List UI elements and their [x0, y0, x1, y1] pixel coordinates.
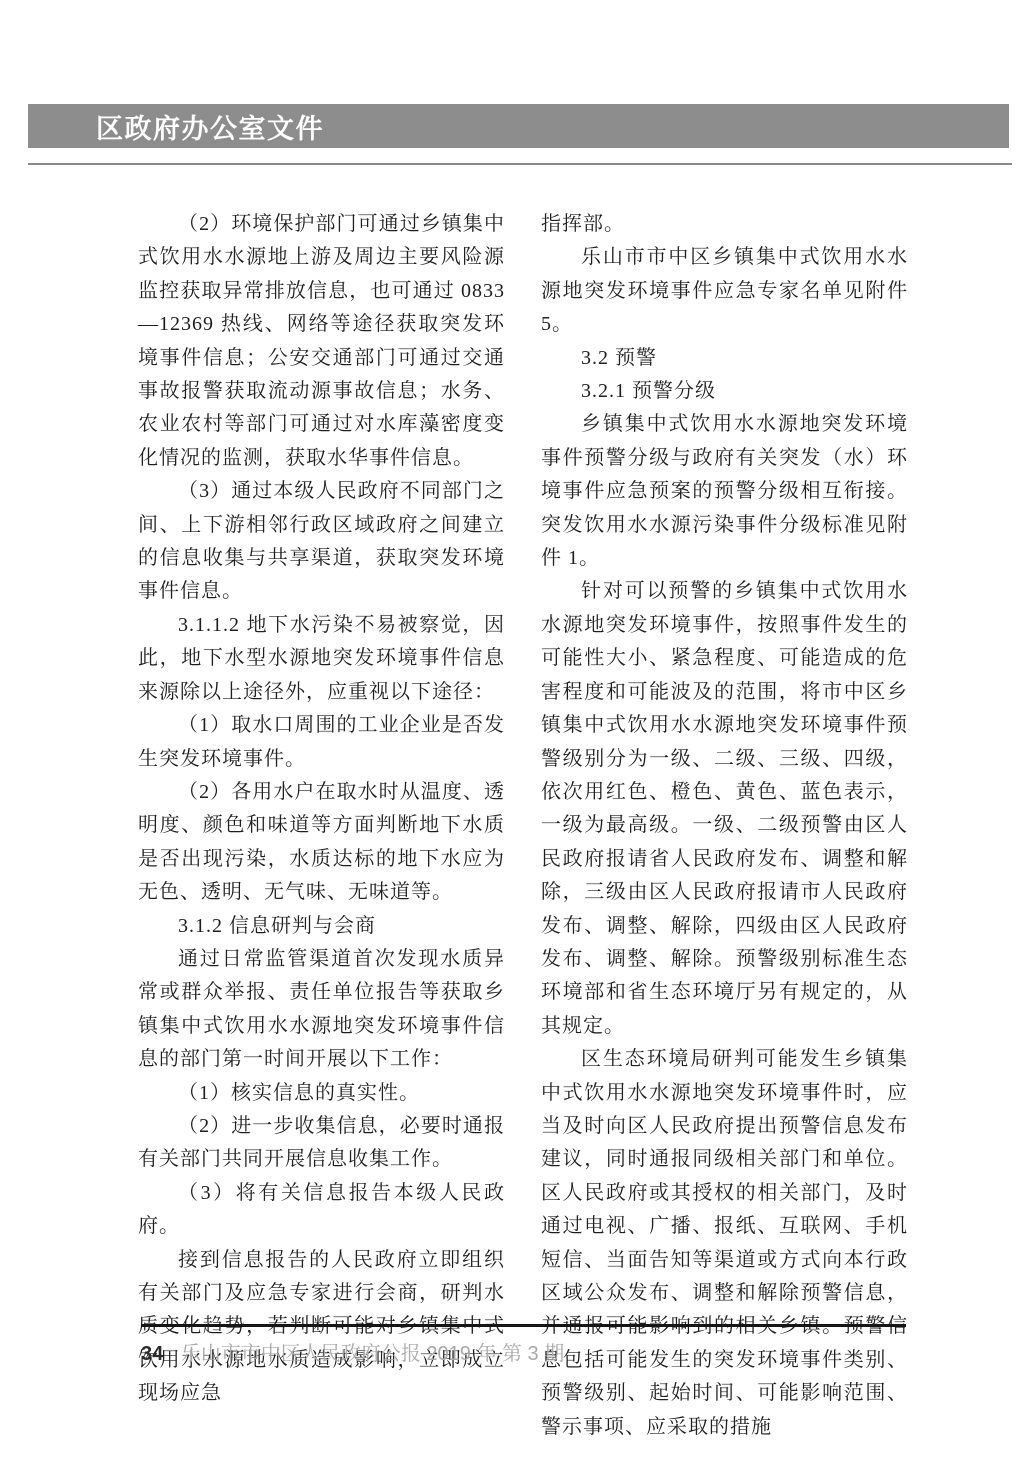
journal-line: 乐山市市中区人民政府公报 2019 年 第 3 期 — [181, 1343, 564, 1365]
paragraph: 3.1.2 信息研判与会商 — [138, 910, 505, 943]
paragraph: 指挥部。 — [541, 208, 908, 241]
left-column: （2）环境保护部门可通过乡镇集中式饮用水水源地上游及周边主要风险源监控获取异常排… — [138, 208, 505, 1411]
paragraph: 乡镇集中式饮用水水源地突发环境事件预警分级与政府有关突发（水）环境事件应急预案的… — [541, 408, 908, 575]
page-footer: 34 乐山市市中区人民政府公报 2019 年 第 3 期 — [141, 1337, 906, 1366]
banner-title: 区政府办公室文件 — [96, 107, 324, 146]
paragraph: （2）各用水户在取水时从温度、透明度、颜色和味道等方面判断地下水质是否出现污染，… — [138, 776, 505, 910]
paragraph: （1）核实信息的真实性。 — [138, 1077, 505, 1110]
footer-divider — [141, 1324, 906, 1327]
paragraph: 针对可以预警的乡镇集中式饮用水水源地突发环境事件，按照事件发生的可能性大小、紧急… — [541, 575, 908, 1043]
paragraph: （2）进一步收集信息，必要时通报有关部门共同开展信息收集工作。 — [138, 1110, 505, 1177]
paragraph: 乐山市市中区乡镇集中式饮用水水源地突发环境事件应急专家名单见附件 5。 — [541, 241, 908, 341]
section-banner: 区政府办公室文件 — [28, 104, 1009, 148]
header-divider — [28, 163, 1012, 165]
paragraph: （3）将有关信息报告本级人民政府。 — [138, 1177, 505, 1244]
paragraph: （1）取水口周围的工业企业是否发生突发环境事件。 — [138, 709, 505, 776]
paragraph: 通过日常监管渠道首次发现水质异常或群众举报、责任单位报告等获取乡镇集中式饮用水水… — [138, 943, 505, 1077]
paragraph: 3.2 预警 — [541, 342, 908, 375]
gazette-page: 区政府办公室文件 （2）环境保护部门可通过乡镇集中式饮用水水源地上游及周边主要风… — [0, 0, 1035, 1465]
paragraph: 3.2.1 预警分级 — [541, 375, 908, 408]
right-column: 指挥部。乐山市市中区乡镇集中式饮用水水源地突发环境事件应急专家名单见附件 5。3… — [541, 208, 908, 1444]
paragraph: 区生态环境局研判可能发生乡镇集中式饮用水水源地突发环境事件时，应当及时向区人民政… — [541, 1043, 908, 1444]
paragraph: （3）通过本级人民政府不同部门之间、上下游相邻行政区域政府之间建立的信息收集与共… — [138, 475, 505, 609]
page-number: 34 — [141, 1343, 163, 1365]
paragraph: 接到信息报告的人民政府立即组织有关部门及应急专家进行会商，研判水质变化趋势，若判… — [138, 1244, 505, 1411]
paragraph: （2）环境保护部门可通过乡镇集中式饮用水水源地上游及周边主要风险源监控获取异常排… — [138, 208, 505, 475]
paragraph: 3.1.1.2 地下水污染不易被察觉，因此，地下水型水源地突发环境事件信息来源除… — [138, 609, 505, 709]
